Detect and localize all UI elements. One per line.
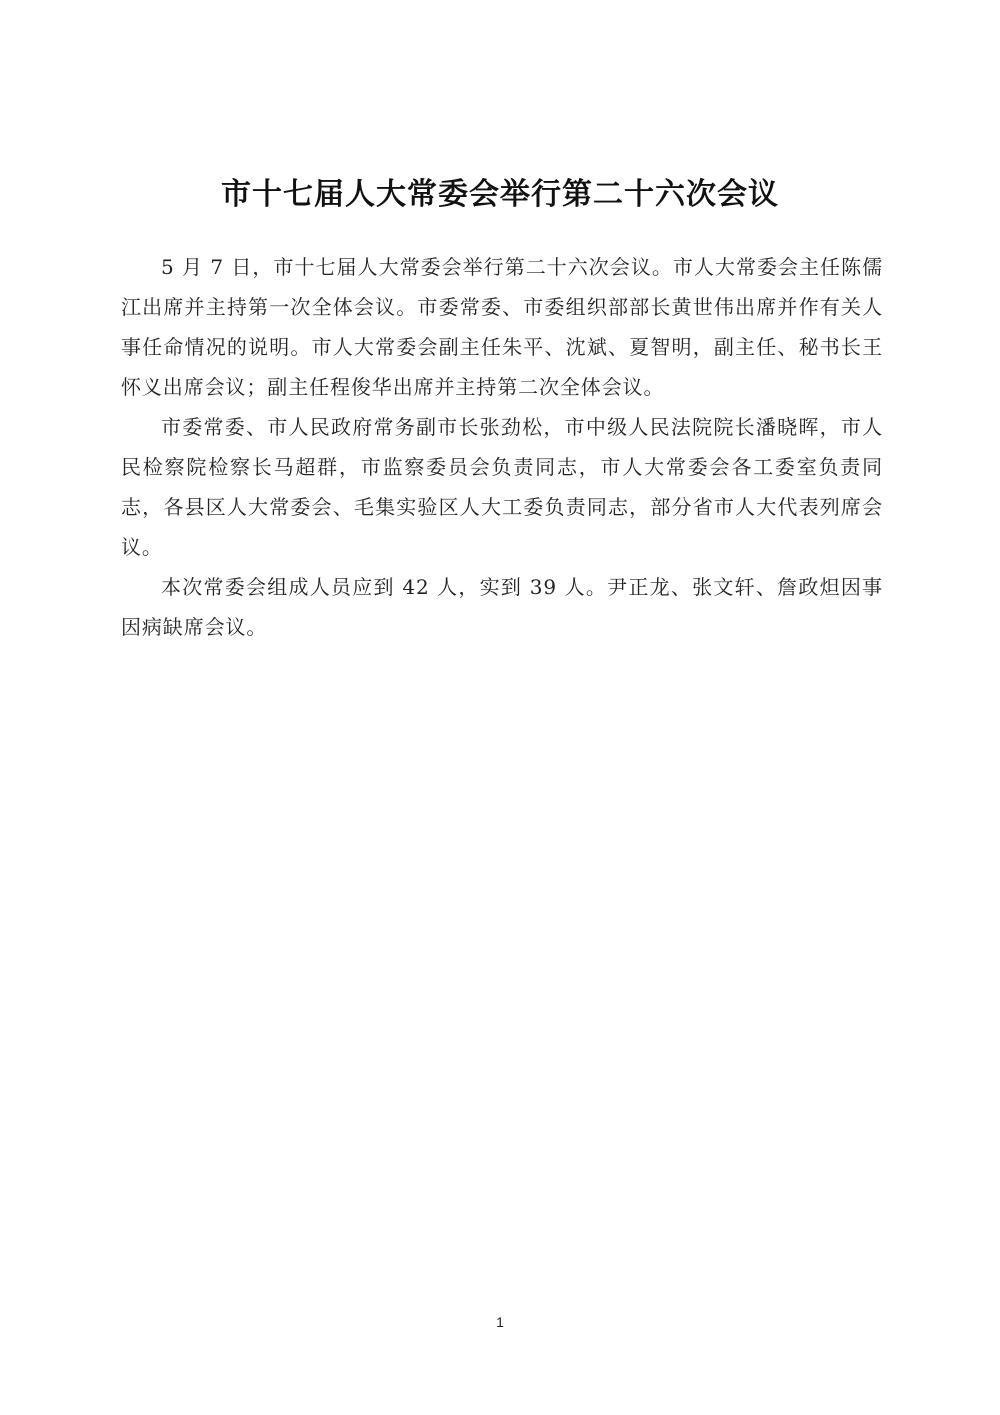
document-body: 5 月 7 日，市十七届人大常委会举行第二十六次会议。市人大常委会主任陈儒江出席…: [121, 247, 883, 647]
paragraph-attendance-count: 本次常委会组成人员应到 42 人，实到 39 人。尹正龙、张文轩、詹政炟因事因病…: [121, 567, 883, 647]
paragraph-meeting-overview: 5 月 7 日，市十七届人大常委会举行第二十六次会议。市人大常委会主任陈儒江出席…: [121, 247, 883, 407]
paragraph-attendees: 市委常委、市人民政府常务副市长张劲松，市中级人民法院院长潘晓晖，市人民检察院检察…: [121, 407, 883, 567]
document-page: 市十七届人大常委会举行第二十六次会议 5 月 7 日，市十七届人大常委会举行第二…: [0, 0, 1000, 1415]
document-title: 市十七届人大常委会举行第二十六次会议: [0, 170, 1000, 220]
page-number: 1: [0, 1314, 1000, 1330]
